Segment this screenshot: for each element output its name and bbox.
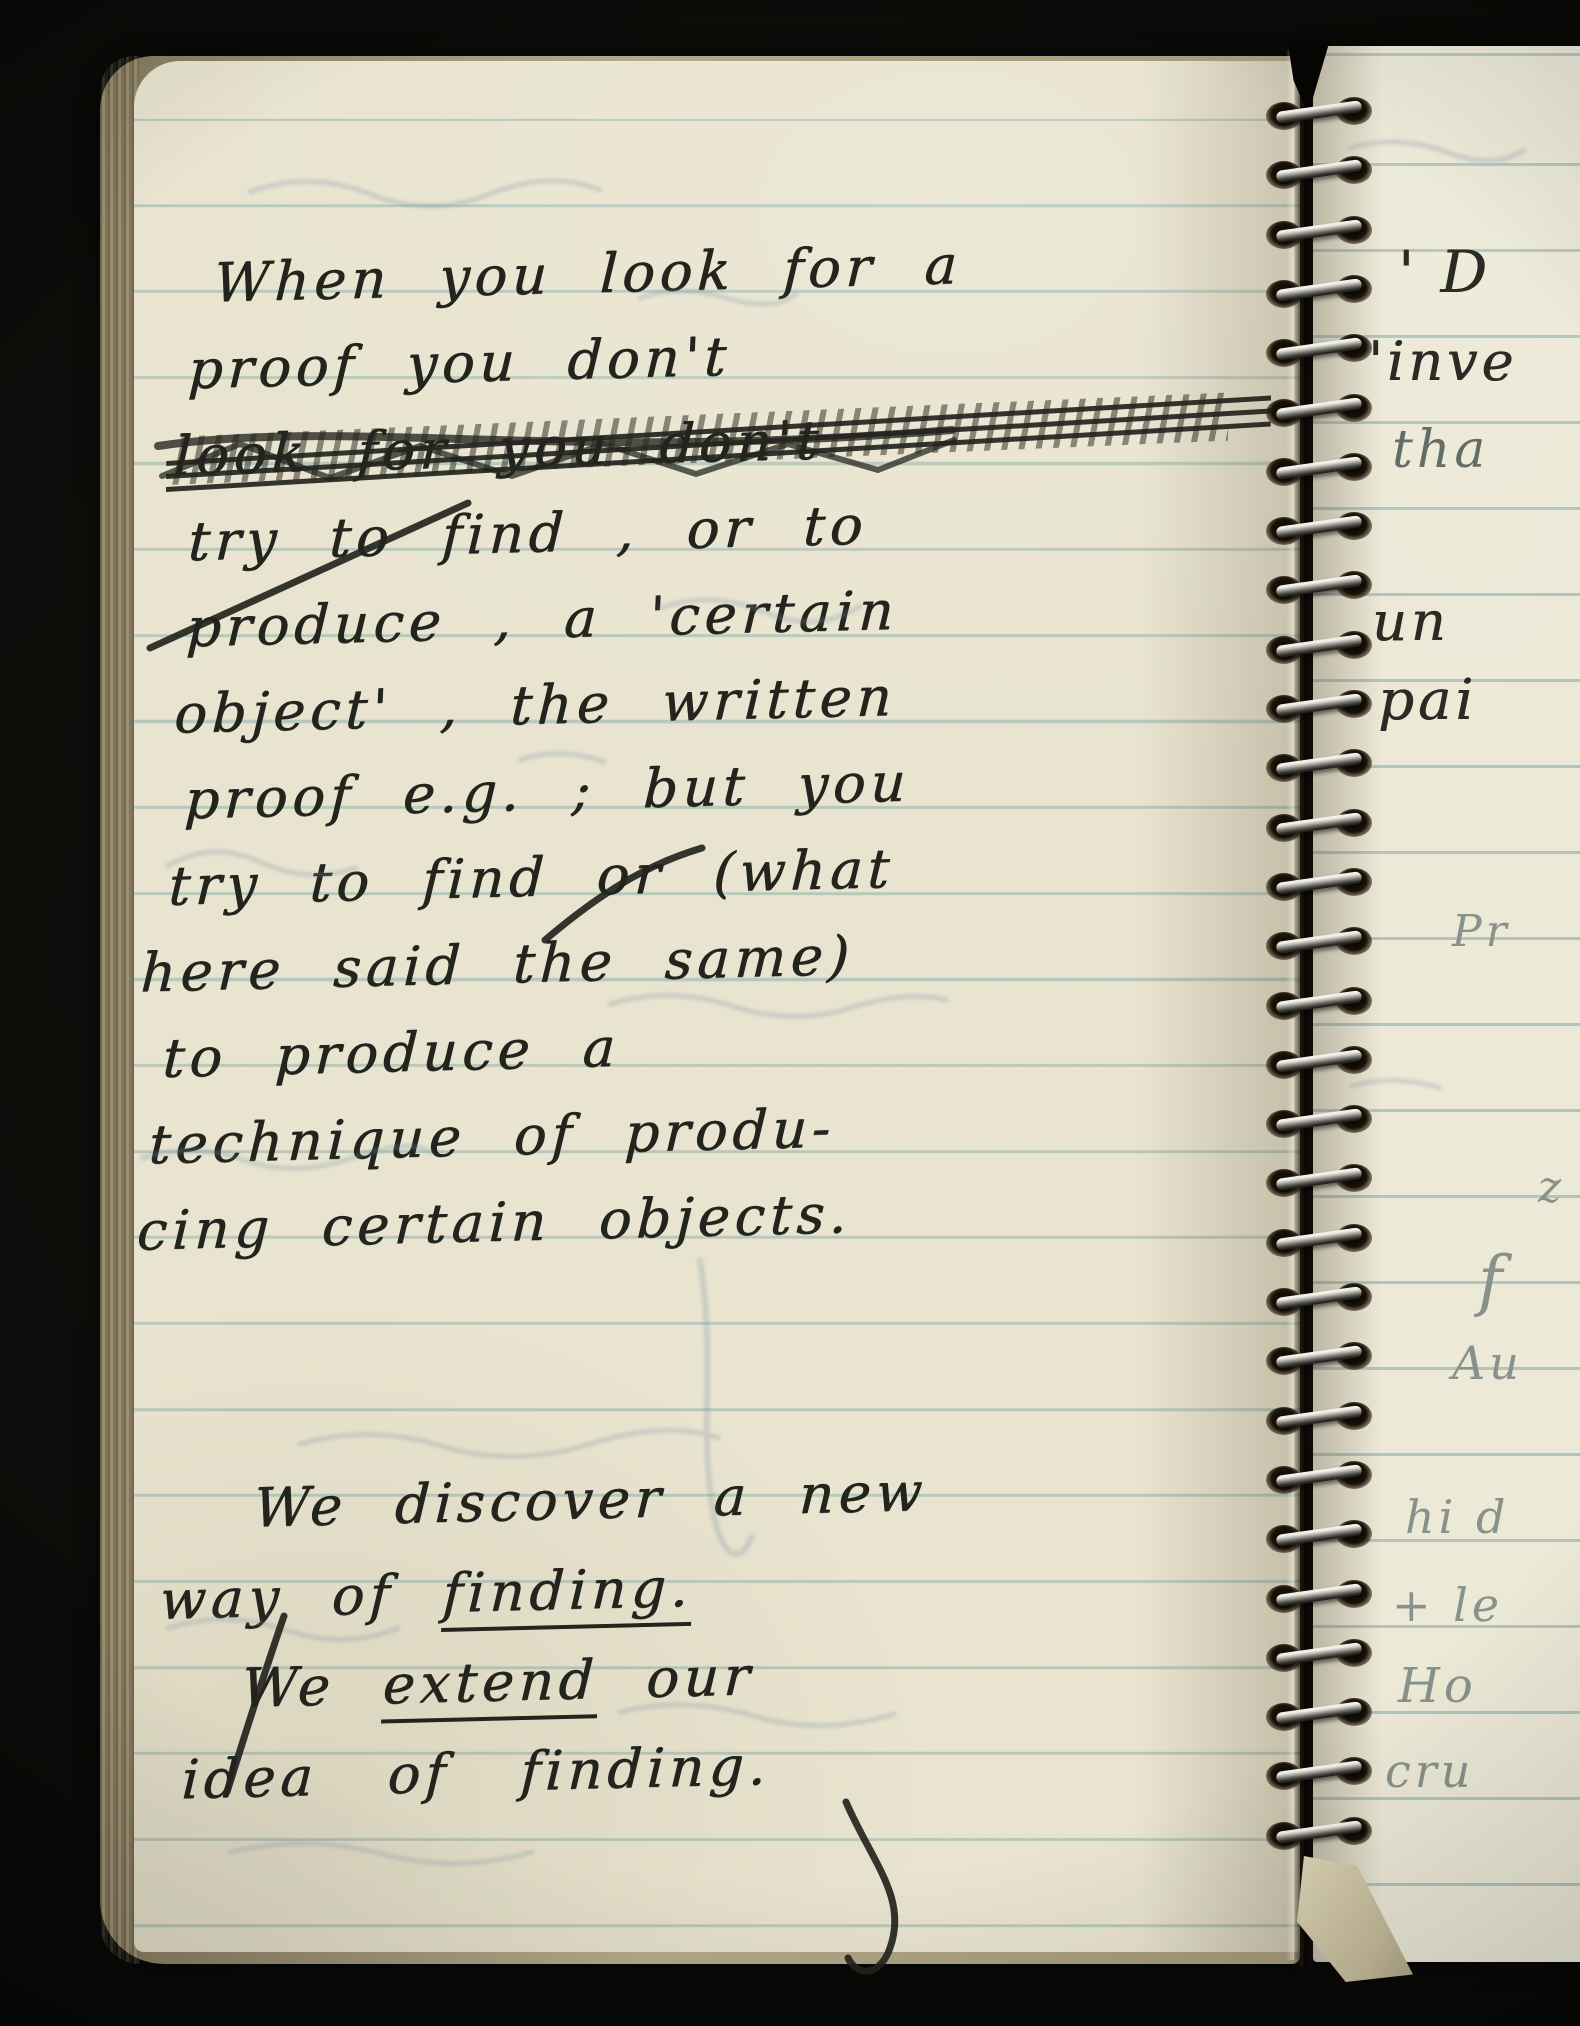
handwriting-fragment: hi d bbox=[1405, 1490, 1509, 1544]
handwriting-segment: idea of finding. bbox=[180, 1734, 772, 1811]
handwriting-segment: look for you don't bbox=[173, 409, 825, 488]
handwriting-fragment: + le bbox=[1392, 1578, 1503, 1632]
notebook-photo: When you look for aproof you don'tlook f… bbox=[0, 0, 1580, 2026]
left-page: When you look for aproof you don'tlook f… bbox=[100, 56, 1300, 1964]
handwriting-segment: way of bbox=[158, 1562, 444, 1632]
handwriting-segment: try to find , or to bbox=[187, 494, 869, 574]
handwriting-segment: object' , the written bbox=[173, 665, 898, 746]
handwriting-segment: to produce a bbox=[161, 1016, 621, 1090]
handwriting-segment: produce , a 'certain bbox=[185, 579, 900, 659]
handwriting-segment: proof e.g. ; but you bbox=[183, 751, 912, 832]
handwriting-fragment: Pr bbox=[1452, 906, 1511, 957]
handwriting-fragment: 'inve bbox=[1368, 330, 1517, 393]
handwriting-fragment: z bbox=[1538, 1162, 1565, 1213]
handwriting-segment: proof you don't bbox=[187, 325, 733, 401]
handwriting-segment: extend bbox=[381, 1648, 600, 1723]
handwriting-fragment: Ho bbox=[1398, 1658, 1477, 1714]
handwriting-fragment: Au bbox=[1452, 1336, 1523, 1390]
handwriting-block-1: When you look for aproof you don'tlook f… bbox=[147, 213, 1300, 1274]
right-page: ' D'invethaunpaiPrzfAuhi d+ leHocru bbox=[1313, 46, 1580, 1962]
handwriting-fragment: ' D bbox=[1398, 238, 1491, 306]
handwriting-segment: finding. bbox=[441, 1556, 694, 1632]
handwriting-fragment: cru bbox=[1385, 1744, 1474, 1798]
handwriting-segment: We discover a new bbox=[253, 1460, 929, 1540]
handwriting-fragment: un bbox=[1372, 590, 1450, 653]
left-page-sheet: When you look for aproof you don'tlook f… bbox=[134, 61, 1300, 1952]
handwriting-segment: here said the same) bbox=[139, 924, 855, 1005]
handwriting-segment: our bbox=[597, 1644, 756, 1711]
handwriting-fragment: tha bbox=[1392, 420, 1489, 480]
handwriting-fragment: f bbox=[1478, 1242, 1506, 1319]
handwriting-segment: We bbox=[240, 1653, 384, 1720]
handwriting-fragment: pai bbox=[1378, 668, 1477, 733]
handwriting-segment: technique of produ- bbox=[148, 1097, 837, 1177]
handwriting-block-2: We discover a newway of finding.We exten… bbox=[178, 1437, 1300, 1825]
handwriting-segment: When you look for a bbox=[213, 233, 964, 314]
handwriting-segment: cing certain objects. bbox=[136, 1182, 853, 1263]
handwriting-segment: try to find or (what bbox=[167, 837, 895, 918]
